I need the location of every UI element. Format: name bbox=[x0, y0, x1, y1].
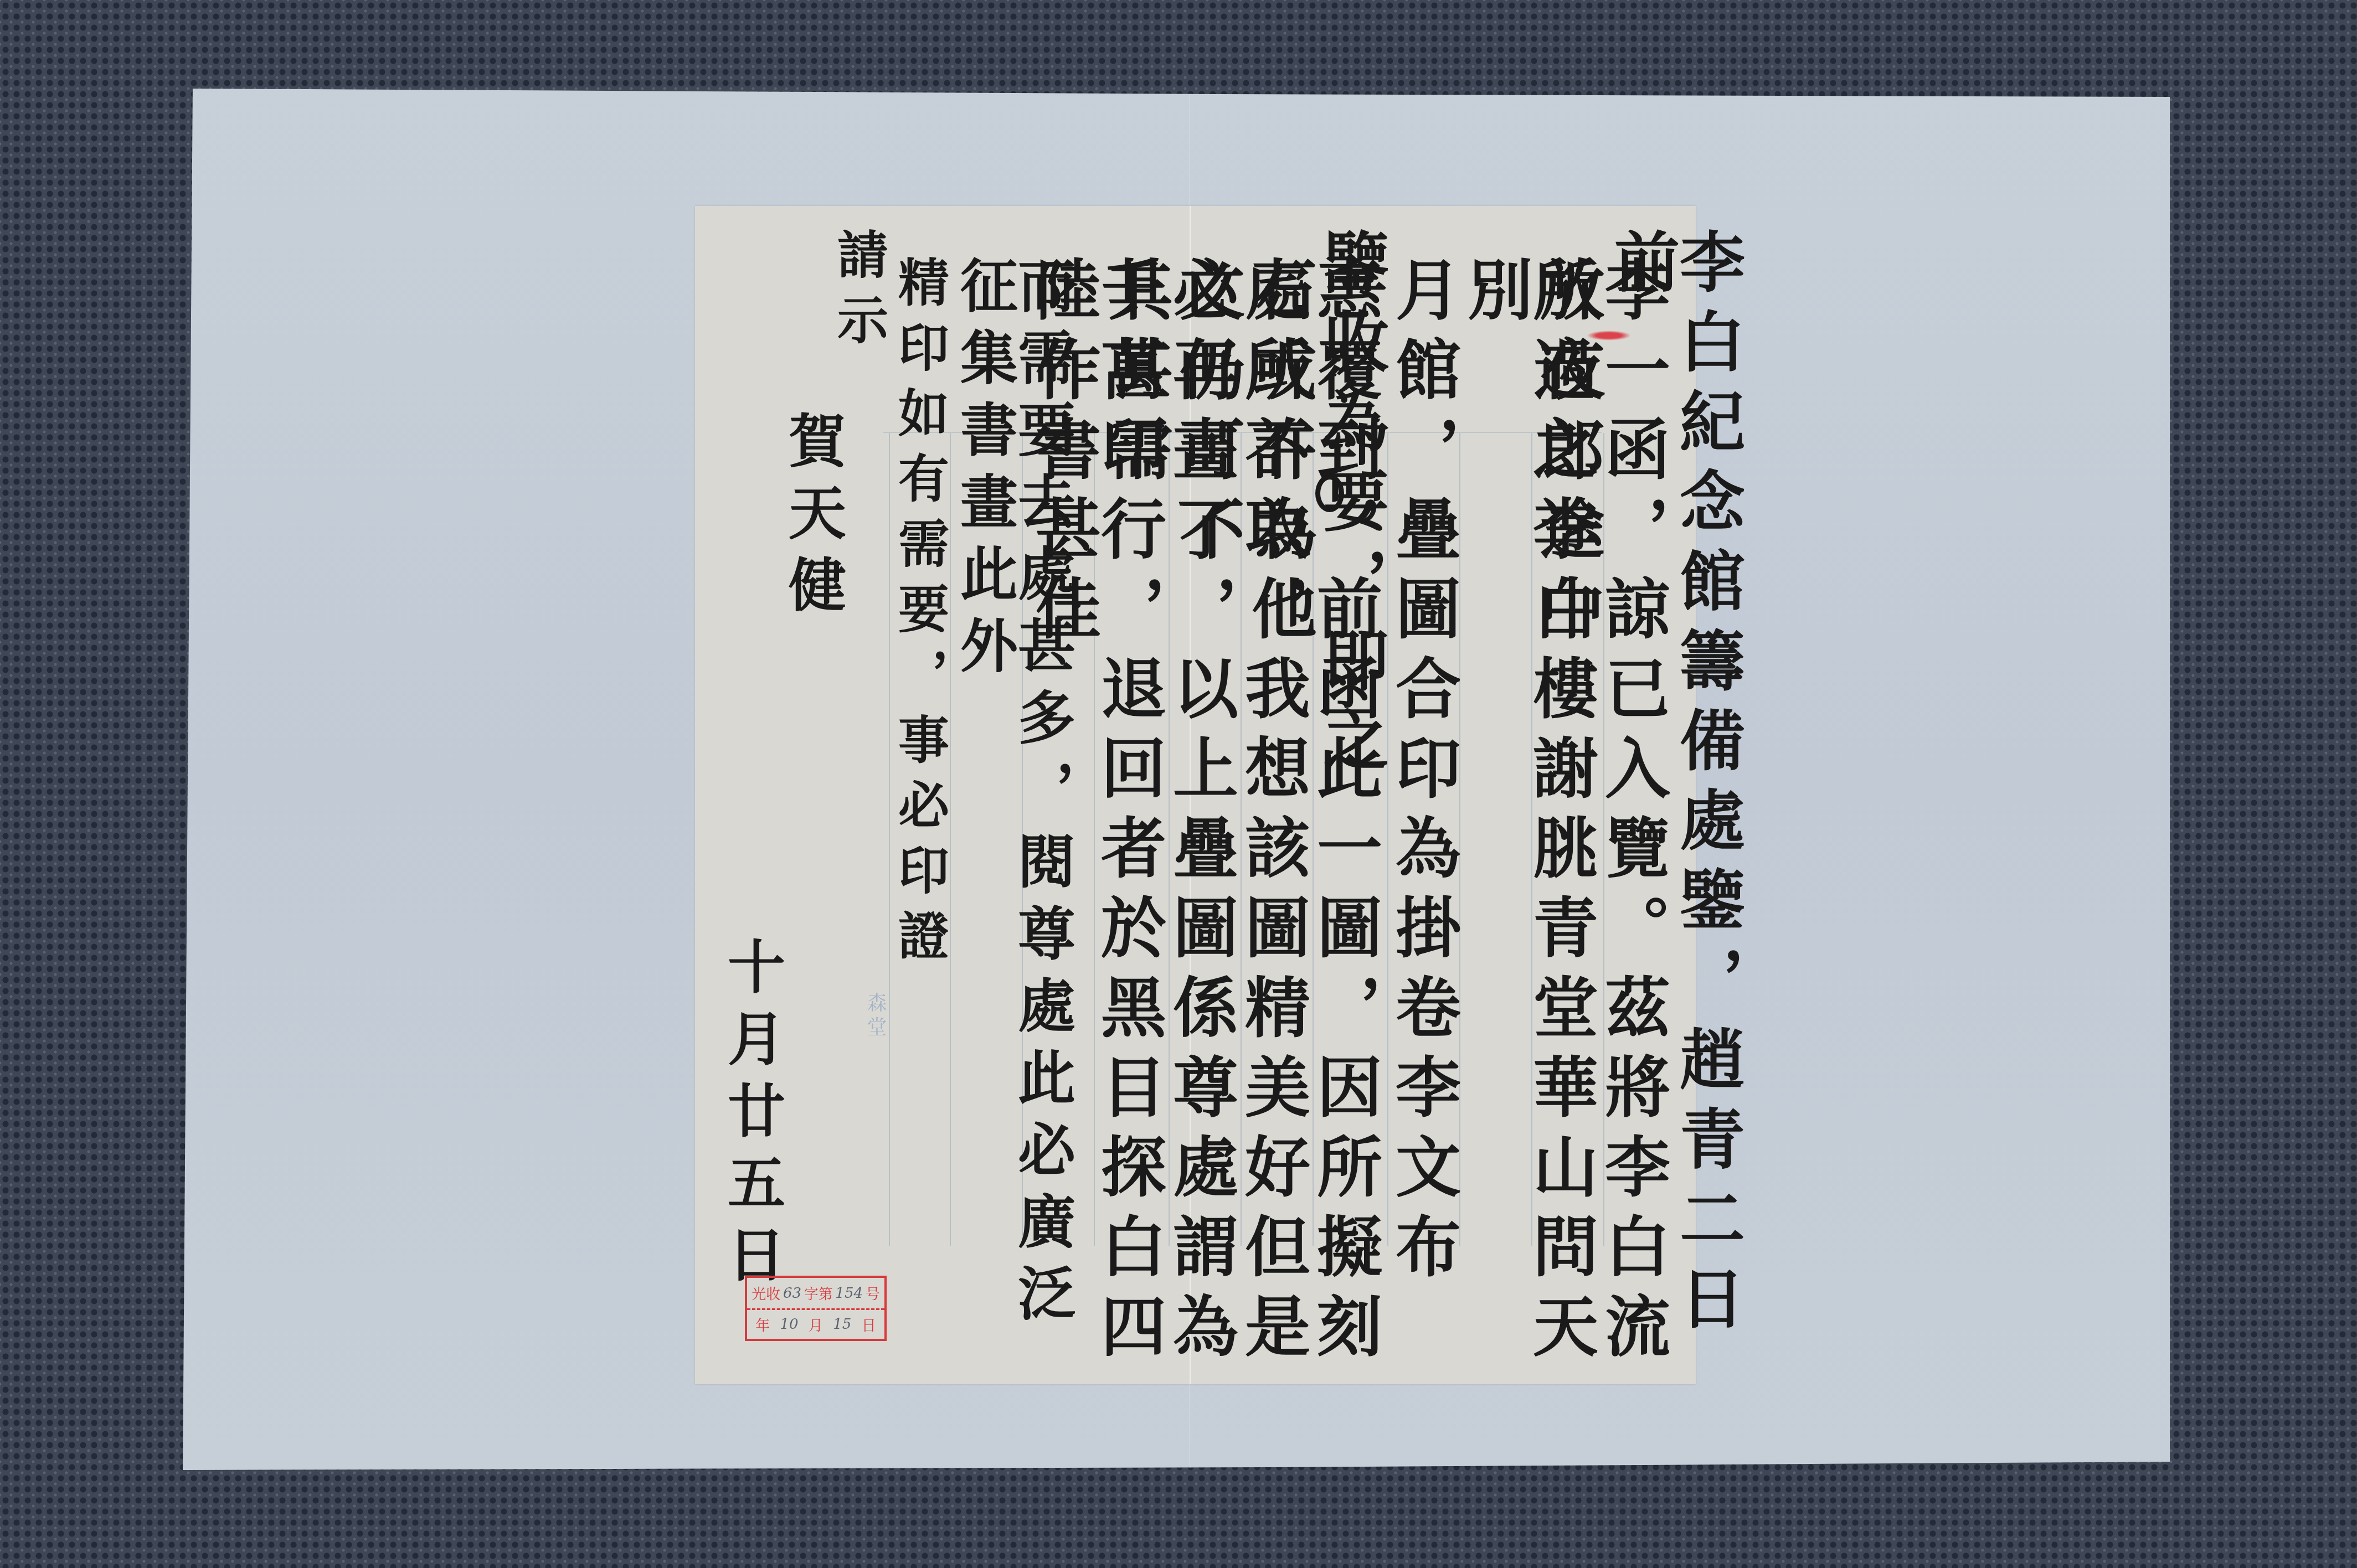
letter-column-10: 而需要去處甚多，閱尊處此必廣泛征集書畫此外 bbox=[955, 256, 1071, 1384]
letter-column-closing: 請示 bbox=[833, 228, 884, 359]
receipt-stamp: 光收 63 字第 154 号 年 10 月 15 日 bbox=[745, 1276, 887, 1341]
stamp-row-number: 光收 63 字第 154 号 bbox=[747, 1278, 884, 1308]
letter-sheet: 李白紀念館籌備處鑒，趙青二日前 李一函，諒已入覽。茲將李白流放夜郎途中 所過之李… bbox=[695, 206, 1696, 1384]
stamp-prefix: 光收 bbox=[752, 1283, 780, 1303]
signature: 賀天健 bbox=[784, 411, 841, 627]
stamp-row-date: 年 10 月 15 日 bbox=[747, 1308, 884, 1339]
stamp-mid: 字第 bbox=[804, 1283, 833, 1303]
letter-column-3: 所過之李白樓謝朓青堂華山問天別 bbox=[1462, 256, 1593, 1384]
stamp-serial-number: 154 bbox=[835, 1285, 863, 1302]
letter-column-4: 月館，疊圖合印為掛卷李文布 bbox=[1390, 256, 1455, 1292]
stamp-month: 10 bbox=[780, 1316, 799, 1333]
stamp-day-label: 日 bbox=[862, 1314, 876, 1335]
letter-column-11: 精印如有需要，事必印證 bbox=[894, 256, 945, 974]
stamp-day: 15 bbox=[833, 1316, 851, 1333]
stamp-suffix: 号 bbox=[866, 1283, 880, 1303]
stamp-year-label: 年 bbox=[755, 1314, 770, 1335]
stamp-volume-number: 63 bbox=[783, 1285, 801, 1302]
stamp-month-label: 月 bbox=[809, 1314, 823, 1335]
faint-pencil-mark: 森堂 bbox=[861, 992, 889, 1041]
letter-date: 十月廿五日 bbox=[723, 937, 780, 1297]
